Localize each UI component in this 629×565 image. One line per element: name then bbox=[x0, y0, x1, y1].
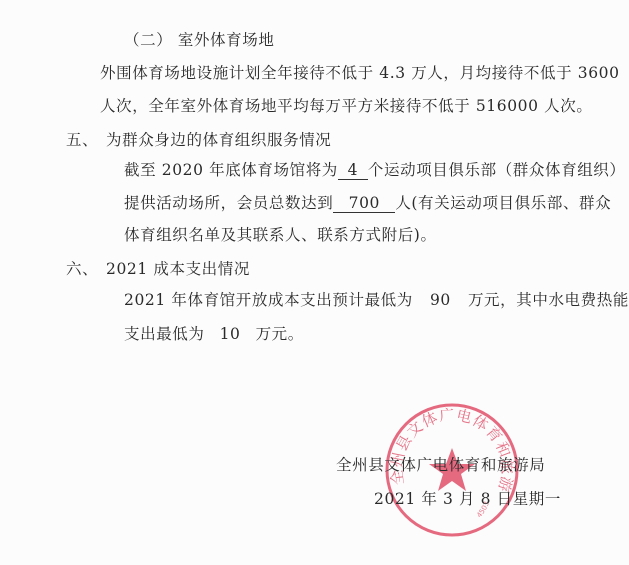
paragraph-line: 截至 2020 年底体育场馆将为4个运动项目俱乐部（群众体育组织） bbox=[124, 160, 626, 180]
signing-date: 2021 年 3 月 8 日星期一 bbox=[374, 489, 561, 509]
section-number: 五、 bbox=[66, 130, 98, 150]
text-fragment: 提供活动场所，会员总数达到 bbox=[124, 194, 333, 212]
signing-organization: 全州县文体广电体育和旅游局 bbox=[336, 455, 545, 475]
section-title: 为群众身边的体育组织服务情况 bbox=[106, 130, 331, 150]
text-fragment: 万元，其中水电费热能耗 bbox=[468, 291, 629, 309]
text-fragment: 人(有关运动项目俱乐部、群众 bbox=[395, 194, 611, 212]
text-fragment: 支出最低为 bbox=[124, 325, 205, 343]
text-fragment: 2021 年体育馆开放成本支出预计最低为 bbox=[124, 291, 413, 309]
paragraph-line: 支出最低为 10 万元。 bbox=[124, 324, 304, 344]
paragraph-line: 外围体育场地设施计划全年接待不低于 4.3 万人，月均接待不低于 3600 bbox=[100, 63, 620, 83]
utility-cost: 10 bbox=[210, 324, 250, 344]
paragraph-line: 提供活动场所，会员总数达到700人(有关运动项目俱乐部、群众 bbox=[124, 193, 611, 213]
subsection-heading: （二） 室外体育场地 bbox=[124, 30, 274, 50]
paragraph-line: 人次，全年室外体育场地平均每万平方米接待不低于 516000 人次。 bbox=[100, 96, 592, 116]
paragraph-line: 体育组织名单及其联系人、联系方式附后)。 bbox=[124, 225, 437, 245]
text-fragment: 万元。 bbox=[256, 325, 304, 343]
member-total: 700 bbox=[333, 194, 395, 213]
section-number: 六、 bbox=[66, 259, 98, 279]
paragraph-line: 2021 年体育馆开放成本支出预计最低为 90 万元，其中水电费热能耗 bbox=[124, 290, 629, 310]
text-fragment: 个运动项目俱乐部（群众体育组织） bbox=[368, 161, 626, 179]
min-cost: 90 bbox=[418, 290, 462, 310]
text-fragment: 截至 2020 年底体育场馆将为 bbox=[124, 161, 338, 179]
section-title: 2021 成本支出情况 bbox=[106, 259, 250, 279]
clubs-count: 4 bbox=[338, 161, 368, 180]
document-page: （二） 室外体育场地 外围体育场地设施计划全年接待不低于 4.3 万人，月均接待… bbox=[0, 0, 629, 565]
